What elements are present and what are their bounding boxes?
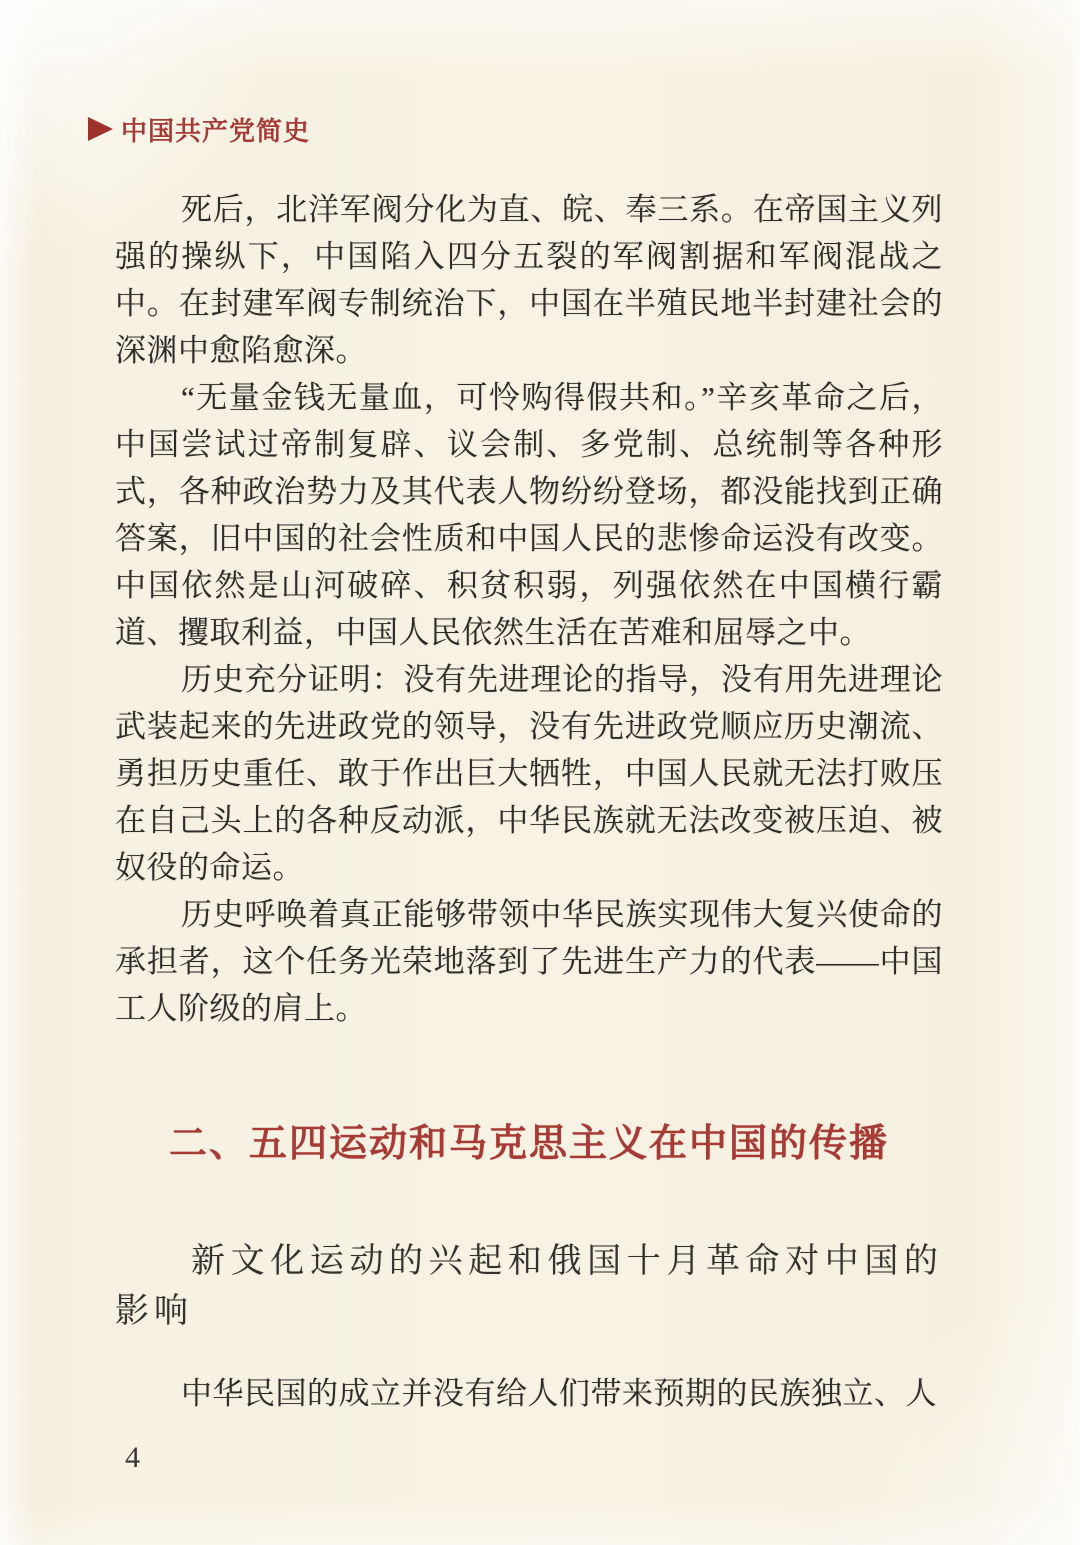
section-heading: 二、五四运动和马克思主义在中国的传播 [115,1116,943,1172]
paragraph-continuation: 中华民国的成立并没有给人们带来预期的民族独立、人 [115,1370,943,1417]
red-triangle-right-icon [88,117,113,141]
subsection-heading: 新文化运动的兴起和俄国十月革命对中国的影响 [115,1237,943,1337]
paragraph-republic-attempts: “无量金钱无量血，可怜购得假共和。”辛亥革命之后，中国尝试过帝制复辟、议会制、多… [115,374,943,656]
page-number: 4 [125,1441,140,1475]
running-header: 中国共产党简史 [88,112,310,146]
page-body: 死后，北洋军阀分化为直、皖、奉三系。在帝国主义列强的操纵下，中国陷入四分五裂的军… [115,186,943,1417]
book-title: 中国共产党简史 [121,111,310,148]
paragraph-history-calls: 历史呼唤着真正能够带领中华民族实现伟大复兴使命的承担者，这个任务光荣地落到了先进… [115,891,943,1032]
paragraph-history-proves: 历史充分证明：没有先进理论的指导，没有用先进理论武装起来的先进政党的领导，没有先… [115,656,943,891]
paragraph-warlords: 死后，北洋军阀分化为直、皖、奉三系。在帝国主义列强的操纵下，中国陷入四分五裂的军… [115,186,943,374]
book-page: 中国共产党简史 死后，北洋军阀分化为直、皖、奉三系。在帝国主义列强的操纵下，中国… [0,0,1080,1545]
